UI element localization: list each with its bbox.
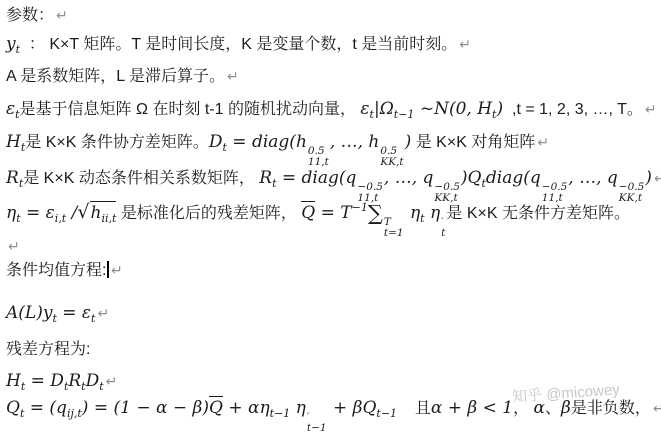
subscript: t (91, 312, 95, 325)
line-empty: ↵ (6, 235, 20, 258)
math-run: diag( (486, 168, 530, 188)
math-run: A(L)y (6, 303, 52, 323)
math-run: = ε (21, 203, 55, 223)
text-run: 是 K×K 对角矩阵 (411, 134, 535, 151)
math-run: η (6, 203, 16, 223)
paragraph-mark-icon: ↵ (8, 239, 20, 255)
sqrt-expression: √hii,t (77, 205, 116, 222)
paragraph-mark-icon: ↵ (227, 69, 239, 85)
math-run: , …, q (384, 168, 434, 188)
sup-sub-stack: ′t (441, 217, 445, 239)
math-run: )Q (461, 168, 482, 188)
subscript: ij,t (67, 407, 82, 420)
text-cursor (107, 261, 109, 278)
math-run: β (561, 398, 571, 418)
math-run: , …, h (330, 132, 380, 152)
math-run: η (405, 203, 421, 223)
sup-sub-stack: ′t−1 (307, 412, 327, 434)
math-run: D (209, 132, 223, 152)
math-run: = ε (57, 303, 91, 323)
math-run: ε (360, 99, 369, 119)
math-run: H (6, 132, 21, 152)
math-run: , …, q (568, 168, 618, 188)
line-residual-heading: 残差方程为: (6, 338, 90, 361)
subscript: i,t (55, 212, 66, 225)
text-run: ， (513, 400, 533, 417)
subscript: t (99, 380, 103, 393)
sup-sub-stack: Tt=1 (384, 217, 404, 239)
paragraph-mark-icon: ↵ (56, 8, 68, 24)
subscript: t−1 (270, 407, 291, 420)
math-run: ε (6, 99, 15, 119)
line-yt-definition: yt ： K×T 矩阵。T 是时间长度，K 是变量个数，t 是当前时刻。↵ (6, 32, 471, 58)
math-run: / (66, 203, 77, 223)
text-run: ： K×T 矩阵。T 是时间长度，K 是变量个数，t 是当前时刻。 (20, 36, 457, 53)
superscript: −1 (352, 201, 368, 214)
line-eta-qbar-definition: ηt = εi,t /√hii,t 是标准化后的残差矩阵， Q = T−1∑Tt… (6, 198, 630, 239)
math-run: R (259, 168, 272, 188)
paragraph-mark-icon: ↵ (537, 135, 549, 151)
math-run: = diag( (227, 132, 296, 152)
line-a-l-definition: A 是系数矩阵，L 是滞后算子。↵ (6, 65, 239, 88)
math-run: α (534, 398, 545, 418)
math-run: η (290, 398, 306, 418)
math-run: R (6, 168, 19, 188)
line-qt-equation: Qt = (qij,t) = (1 − α − β)Q + αηt−1 η′t−… (6, 396, 661, 434)
line-conditional-mean-heading: 条件均值方程:↵ (6, 259, 123, 282)
subscript: t−1 (394, 108, 415, 121)
math-run: ) (645, 168, 652, 188)
math-run: q (346, 168, 357, 188)
text-run: 且 (397, 400, 431, 417)
math-run: η (425, 203, 441, 223)
text-run: 是基于信息矩阵 Ω 在时刻 t-1 的随机扰动向量， (20, 101, 361, 118)
math-run: y (6, 34, 16, 54)
math-run: R (68, 371, 81, 391)
overbar-symbol: Q (209, 396, 223, 418)
math-run: = diag( (277, 168, 346, 188)
text-run: ,t = 1, 2, 3, …, T。 (503, 101, 643, 118)
paragraph-mark-icon: ↵ (654, 171, 661, 187)
math-run: Q (6, 398, 20, 418)
sup-sub-stack: 0.5KK,t (380, 146, 403, 168)
text-run: 残差方程为: (6, 341, 90, 358)
math-run: q (530, 168, 541, 188)
paragraph-mark-icon: ↵ (653, 401, 661, 417)
overbar-symbol: Q (301, 201, 315, 223)
math-run: = (q (24, 398, 67, 418)
paragraph-mark-icon: ↵ (97, 306, 109, 322)
line-ht-dt-definition: Ht是 K×K 条件协方差矩阵。Dt = diag(h0.511,t, …, h… (6, 130, 549, 168)
text-run: A 是系数矩阵，L 是滞后算子。 (6, 68, 225, 85)
line-mean-equation: A(L)yt = εt↵ (6, 301, 109, 327)
paragraph-mark-icon: ↵ (111, 263, 123, 279)
text-run: 是 K×K 无条件方差矩阵。 (446, 205, 630, 222)
line-params-heading: 参数：↵ (6, 4, 68, 27)
sup-sub-stack: 0.511,t (308, 146, 329, 168)
text-run: 是 K×K 动态条件相关系数矩阵， (23, 170, 259, 187)
line-epsilon-definition: εt是基于信息矩阵 Ω 在时刻 t-1 的随机扰动向量， εt|Ωt−1 ~N(… (6, 97, 657, 123)
page: { "document": { "background": "#ffffff",… (0, 0, 661, 437)
text-run: 是标准化后的残差矩阵， (116, 205, 301, 222)
text-run: 参数： (6, 7, 54, 24)
subscript: t−1 (376, 407, 397, 420)
math-run: ) = (1 − α − β) (82, 398, 209, 418)
sum-operator: ∑ (368, 201, 383, 225)
math-run: h (296, 132, 307, 152)
math-run: |Ω (374, 99, 394, 119)
math-run: + αη (223, 398, 270, 418)
math-run: α + β < 1 (431, 398, 513, 418)
text-run: 是非负数， (571, 400, 651, 417)
paragraph-mark-icon: ↵ (106, 374, 118, 390)
text-run: 条件均值方程: (6, 262, 106, 279)
text-run: 、 (545, 400, 561, 417)
math-run: ~N(0, H (414, 99, 492, 119)
paragraph-mark-icon: ↵ (645, 102, 657, 118)
math-run: + βQ (328, 398, 377, 418)
paragraph-mark-icon: ↵ (459, 37, 471, 53)
line-ht-equation: Ht = DtRtDt↵ (6, 369, 117, 395)
math-run: = T (315, 203, 351, 223)
document-body[interactable]: 参数：↵yt ： K×T 矩阵。T 是时间长度，K 是变量个数，t 是当前时刻。… (0, 0, 661, 437)
text-run: 是 K×K 条件协方差矩阵。 (25, 134, 209, 151)
math-run: H (6, 371, 21, 391)
math-run: = D (25, 371, 64, 391)
math-run: D (86, 371, 100, 391)
